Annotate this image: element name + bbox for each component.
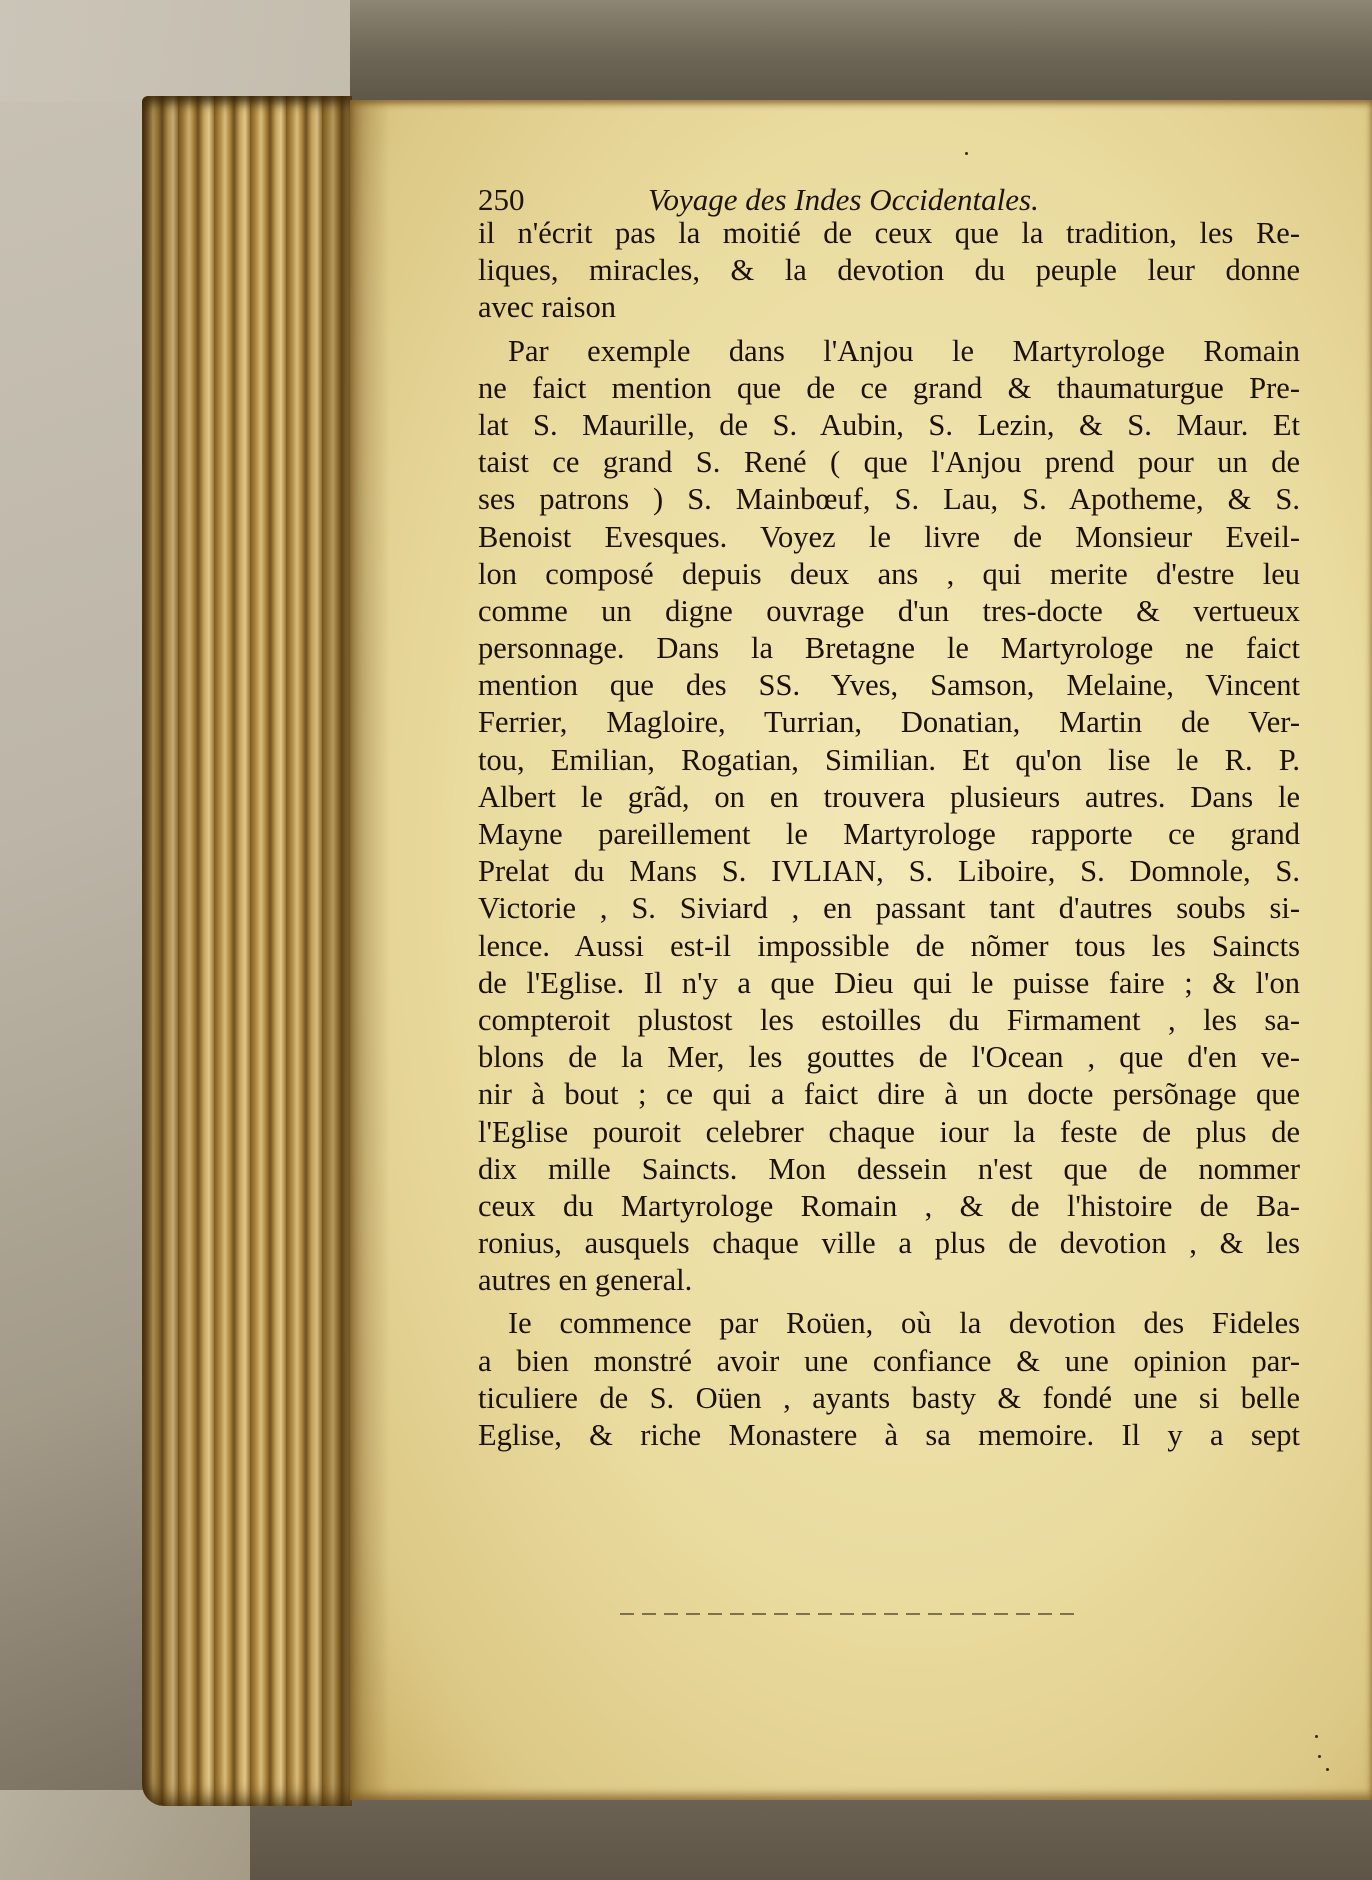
- page-number: 250: [478, 182, 525, 218]
- ink-speck: [1326, 1768, 1329, 1771]
- running-title: Voyage des Indes Occidentales.: [648, 182, 1039, 218]
- paragraph: il n'écrit pas la moitié de ceux que la …: [478, 215, 1300, 327]
- text-line: ne faict mention que de ce grand & thaum…: [478, 370, 1300, 407]
- text-line: dix mille Saincts. Mon dessein n'est que…: [478, 1151, 1300, 1188]
- paragraph: Par exemple dans l'Anjou le Martyrologe …: [478, 333, 1300, 1300]
- text-line: a bien monstré avoir une confiance & une…: [478, 1343, 1300, 1380]
- text-line: blons de la Mer, les gouttes de l'Ocean …: [478, 1039, 1300, 1076]
- running-head: 250 Voyage des Indes Occidentales.: [478, 182, 1308, 218]
- text-line: ses patrons ) S. Mainbœuf, S. Lau, S. Ap…: [478, 481, 1300, 518]
- text-line: comme un digne ouvrage d'un tres-docte &…: [478, 593, 1300, 630]
- text-line: de l'Eglise. Il n'y a que Dieu qui le pu…: [478, 965, 1300, 1002]
- ink-speck: [1315, 1735, 1318, 1738]
- text-line: Prelat du Mans S. IVLIAN, S. Liboire, S.…: [478, 853, 1300, 890]
- text-line: Ie commence par Roüen, où la devotion de…: [478, 1305, 1300, 1342]
- background-top-shadow: [350, 0, 1372, 102]
- text-line: ticuliere de S. Oüen , ayants basty & fo…: [478, 1380, 1300, 1417]
- text-line: l'Eglise pouroit celebrer chaque iour la…: [478, 1114, 1300, 1151]
- text-line: lon composé depuis deux ans , qui merite…: [478, 556, 1300, 593]
- text-line: autres en general.: [478, 1262, 1300, 1299]
- page-gutter-shadow: [350, 100, 390, 1800]
- body-text: il n'écrit pas la moitié de ceux que la …: [478, 215, 1300, 1454]
- text-line: avec raison: [478, 289, 1300, 326]
- text-line: liques, miracles, & la devotion du peupl…: [478, 252, 1300, 289]
- text-line: lat S. Maurille, de S. Aubin, S. Lezin, …: [478, 407, 1300, 444]
- text-line: taist ce grand S. René ( que l'Anjou pre…: [478, 444, 1300, 481]
- text-line: lence. Aussi est-il impossible de nõmer …: [478, 928, 1300, 965]
- ink-speck: [1318, 1755, 1321, 1758]
- book-page-edges: [142, 96, 352, 1806]
- text-line: il n'écrit pas la moitié de ceux que la …: [478, 215, 1300, 252]
- text-line: Victorie , S. Siviard , en passant tant …: [478, 890, 1300, 927]
- paragraph: Ie commence par Roüen, où la devotion de…: [478, 1305, 1300, 1454]
- text-line: tou, Emilian, Rogatian, Similian. Et qu'…: [478, 742, 1300, 779]
- text-line: Eglise, & riche Monastere à sa memoire. …: [478, 1417, 1300, 1454]
- text-line: Ferrier, Magloire, Turrian, Donatian, Ma…: [478, 704, 1300, 741]
- bleed-through-marks: [620, 1613, 1080, 1615]
- text-line: Albert le grãd, on en trouvera plusieurs…: [478, 779, 1300, 816]
- text-line: ceux du Martyrologe Romain , & de l'hist…: [478, 1188, 1300, 1225]
- text-line: nir à bout ; ce qui a faict dire à un do…: [478, 1076, 1300, 1113]
- ink-speck: [965, 152, 968, 155]
- text-line: compteroit plustost les estoilles du Fir…: [478, 1002, 1300, 1039]
- text-line: Par exemple dans l'Anjou le Martyrologe …: [478, 333, 1300, 370]
- text-line: mention que des SS. Yves, Samson, Melain…: [478, 667, 1300, 704]
- text-line: personnage. Dans la Bretagne le Martyrol…: [478, 630, 1300, 667]
- text-line: ronius, ausquels chaque ville a plus de …: [478, 1225, 1300, 1262]
- text-line: Mayne pareillement le Martyrologe rappor…: [478, 816, 1300, 853]
- text-line: Benoist Evesques. Voyez le livre de Mons…: [478, 519, 1300, 556]
